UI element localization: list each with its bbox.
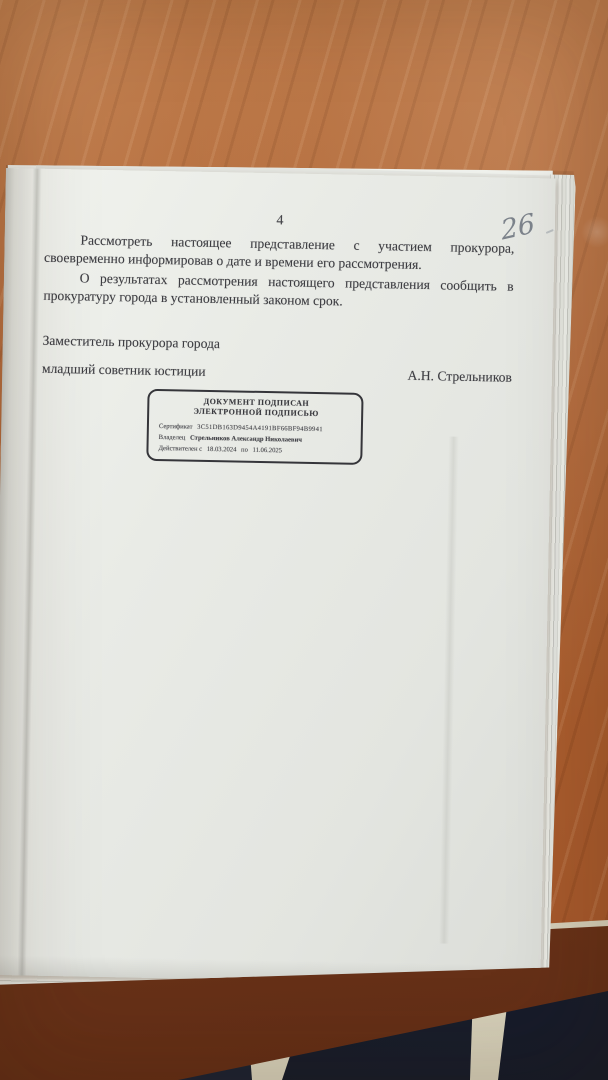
body-paragraph: О результатах рассмотрения настоящего пр… (43, 269, 514, 313)
page-number: 4 (45, 209, 515, 234)
stamp-validity-line: Действителен с 18.03.2024 по 11.06.2025 (158, 444, 352, 459)
validity-infix: по (241, 446, 248, 453)
owner-name: Стрельников Александр Николаевич (190, 434, 302, 443)
stamp-details: Сертификат 3C51DB163D9454A4191BF66BF94B9… (158, 422, 353, 458)
binding-crease (17, 169, 41, 976)
signatory-position-line-2: младший советник юстиции (42, 361, 206, 380)
document-body: Рассмотреть настоящее представление с уч… (43, 231, 514, 313)
valid-from-date: 18.03.2024 (207, 445, 237, 453)
owner-label: Владелец (159, 434, 186, 442)
certificate-label: Сертификат (159, 423, 193, 431)
signature-row: младший советник юстиции А.Н. Стрельнико… (42, 361, 512, 386)
paper-crease (439, 437, 459, 944)
valid-to-date: 11.06.2025 (253, 446, 283, 454)
certificate-number: 3C51DB163D9454A4191BF66BF94B9941 (197, 424, 323, 433)
body-paragraph: Рассмотреть настоящее представление с уч… (44, 231, 515, 275)
e-signature-stamp: ДОКУМЕНТ ПОДПИСАН ЭЛЕКТРОННОЙ ПОДПИСЬЮ С… (146, 389, 363, 465)
signatory-name: А.Н. Стрельников (407, 368, 512, 386)
stamp-title: ДОКУМЕНТ ПОДПИСАН ЭЛЕКТРОННОЙ ПОДПИСЬЮ (159, 396, 353, 421)
pen-stray-mark (546, 229, 554, 234)
document-stack: 26 4 Рассмотреть настоящее представление… (0, 160, 576, 996)
validity-prefix: Действителен с (158, 445, 202, 453)
signatory-position-line-1: Заместитель прокурора города (42, 333, 220, 352)
document-page: 26 4 Рассмотреть настоящее представление… (0, 168, 556, 985)
document-photo: 26 4 Рассмотреть настоящее представление… (0, 0, 608, 1080)
